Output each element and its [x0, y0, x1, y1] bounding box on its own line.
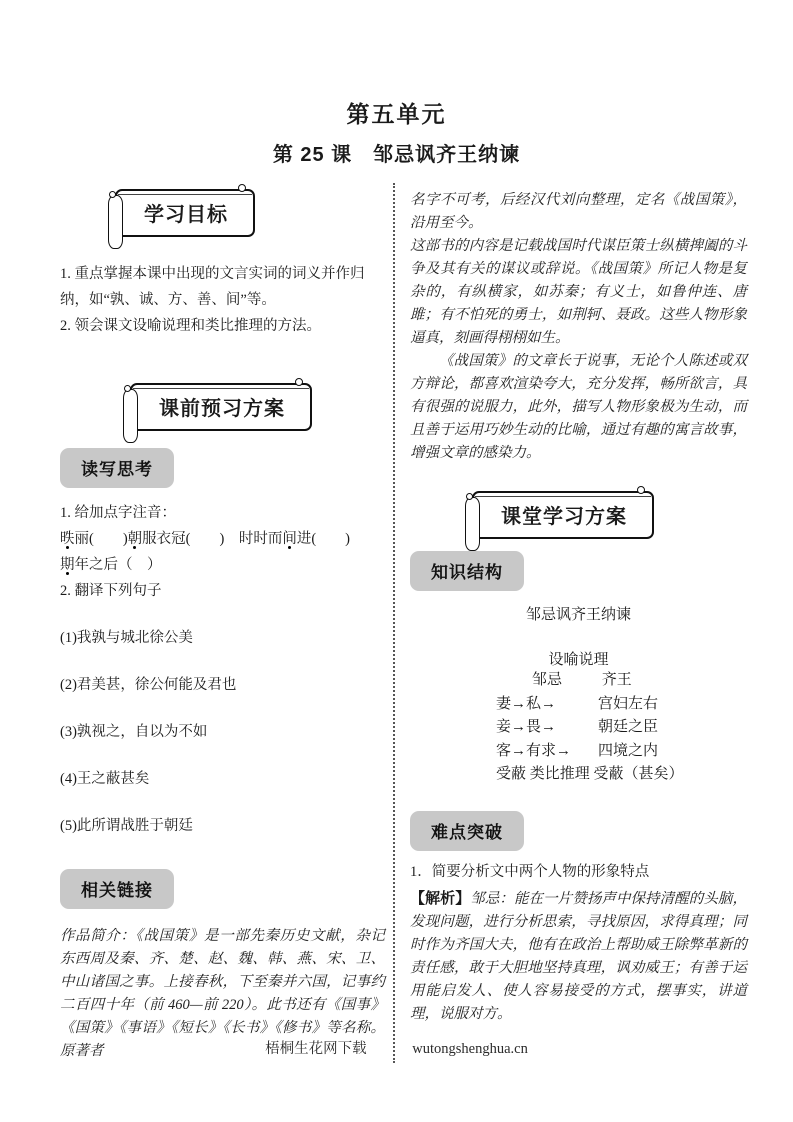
left-column: 学习目标 1. 重点掌握本课中出现的文言实词的词义并作归纳，如“孰、诚、方、善、… [60, 183, 393, 1063]
scroll-pin-icon [238, 184, 246, 192]
site-name: 梧桐生花网下载 [265, 1041, 367, 1057]
diagram-header-right: 齐王 [602, 672, 632, 688]
analysis-paragraph: 【解析】邹忌：能在一片赞扬声中保持清醒的头脑，发现问题，进行分析思索，寻找原因，… [410, 887, 747, 1026]
diagram-header-left: 邹忌 [496, 669, 598, 693]
structure-cell-right: 四境之内 [598, 743, 658, 759]
scroll-pin-icon [295, 378, 303, 386]
diagram-conclusion: 受蔽 类比推理 受蔽（甚矣） [496, 763, 747, 787]
structure-row: 客→有求→四境之内 [496, 740, 747, 764]
structure-cell-left: 妻→私→ [496, 693, 598, 717]
site-url: wutongshenghua.cn [412, 1041, 528, 1057]
background-paragraphs: 名字不可考，后经汉代刘向整理，定名《战国策》，沿用至今。这部书的内容是记载战国时… [410, 189, 747, 465]
text-segment: 丽( ) [75, 531, 128, 547]
translation-item: (5)此所谓战胜于朝廷 [60, 813, 385, 839]
reading-thinking-label: 读写思考 [60, 448, 174, 488]
related-links-label: 相关链接 [60, 869, 174, 909]
dotted-character: 朝 [128, 531, 143, 547]
scroll-banner-learning-goals: 学习目标 [115, 189, 255, 237]
difficulty-breakthrough-label: 难点突破 [410, 811, 524, 851]
scroll-pin-icon [637, 486, 645, 494]
structure-row: 妻→私→宫妇左右 [496, 693, 747, 717]
paragraph: 这部书的内容是记载战国时代谋臣策士纵横捭阖的斗争及其有关的谋议或辞说。《战国策》… [410, 235, 747, 350]
diagram-title: 邹忌讽齐王纳谏 [410, 603, 747, 624]
scroll-roll-icon [123, 389, 138, 443]
translate-heading: 2. 翻译下列句子 [60, 578, 385, 604]
scroll-roll-icon [108, 195, 123, 249]
paragraph: 名字不可考，后经汉代刘向整理，定名《战国策》，沿用至今。 [410, 189, 747, 235]
lesson-title: 第 25 课 邹忌讽齐王纳谏 [0, 138, 793, 167]
translation-item: (2)君美甚，徐公何能及君也 [60, 672, 385, 698]
diagram-rows: 妻→私→宫妇左右妾→畏→朝廷之臣客→有求→四境之内 [496, 693, 747, 764]
page-header: 第五单元 第 25 课 邹忌讽齐王纳谏 [0, 0, 793, 167]
scroll-banner-preview-plan: 课前预习方案 [130, 383, 312, 431]
paragraph: 《战国策》的文章长于说事，无论个人陈述或双方辩论，都喜欢渲染夸大，充分发挥，畅所… [410, 350, 747, 465]
banner-label: 课堂学习方案 [472, 491, 654, 539]
translation-item: (4)王之蔽甚矣 [60, 766, 385, 792]
knowledge-structure-label: 知识结构 [410, 551, 524, 591]
pinyin-heading: 1. 给加点字注音： [60, 500, 385, 526]
diagram-header-row: 邹忌 齐王 [496, 669, 747, 693]
analysis-question: 1．简要分析文中两个人物的形象特点 [410, 859, 747, 885]
scroll-roll-icon [465, 497, 480, 551]
translation-list: (1)我孰与城北徐公美(2)君美甚，徐公何能及君也(3)孰视之，自以为不如(4)… [60, 625, 385, 839]
analysis-tag: 【解析】 [410, 890, 470, 907]
diagram-method: 设喻说理 [410, 648, 747, 669]
worksheet-page: 第五单元 第 25 课 邹忌讽齐王纳谏 学习目标 1. 重点掌握本课中出现的文言… [0, 0, 793, 1122]
structure-cell-right: 宫妇左右 [598, 696, 658, 712]
dotted-character: 间 [282, 531, 297, 547]
dotted-character: 昳 [60, 531, 75, 547]
objective-item: 2. 领会课文设喻说理和类比推理的方法。 [60, 313, 385, 339]
banner-label: 学习目标 [115, 189, 255, 237]
structure-cell-right: 朝廷之臣 [598, 719, 658, 735]
learning-objectives: 1. 重点掌握本课中出现的文言实词的词义并作归纳，如“孰、诚、方、善、间”等。2… [60, 261, 385, 339]
page-footer: 梧桐生花网下载 wutongshenghua.cn [0, 1037, 793, 1058]
knowledge-structure-diagram: 邹忌讽齐王纳谏 设喻说理 邹忌 齐王 妻→私→宫妇左右妾→畏→朝廷之臣客→有求→… [410, 603, 747, 787]
scroll-banner-classroom-plan: 课堂学习方案 [472, 491, 654, 539]
translation-item: (3)孰视之，自以为不如 [60, 719, 385, 745]
dotted-character: 期 [60, 557, 75, 573]
pinyin-exercise-line-2: 期年之后（ ） [60, 552, 385, 578]
banner-label: 课前预习方案 [130, 383, 312, 431]
structure-row: 妾→畏→朝廷之臣 [496, 716, 747, 740]
structure-cell-left: 妾→畏→ [496, 716, 598, 740]
objective-item: 1. 重点掌握本课中出现的文言实词的词义并作归纳，如“孰、诚、方、善、间”等。 [60, 261, 385, 313]
right-column: 名字不可考，后经汉代刘向整理，定名《战国策》，沿用至今。这部书的内容是记载战国时… [393, 183, 747, 1063]
unit-title: 第五单元 [0, 96, 793, 129]
diagram-grid: 邹忌 齐王 妻→私→宫妇左右妾→畏→朝廷之臣客→有求→四境之内 受蔽 类比推理 … [496, 669, 747, 787]
translation-item: (1)我孰与城北徐公美 [60, 625, 385, 651]
structure-cell-left: 客→有求→ [496, 740, 598, 764]
pinyin-exercise-line-1: 昳丽( )朝服衣冠( ) 时时而间进( ) [60, 526, 385, 552]
text-segment: 服衣冠( ) 时时而 [142, 531, 282, 547]
content-columns: 学习目标 1. 重点掌握本课中出现的文言实词的词义并作归纳，如“孰、诚、方、善、… [60, 183, 747, 1063]
text-segment: 年之后（ ） [75, 557, 162, 573]
text-segment: 进( ) [297, 531, 350, 547]
analysis-text: 邹忌：能在一片赞扬声中保持清醒的头脑，发现问题，进行分析思索，寻找原因，求得真理… [410, 891, 747, 1022]
